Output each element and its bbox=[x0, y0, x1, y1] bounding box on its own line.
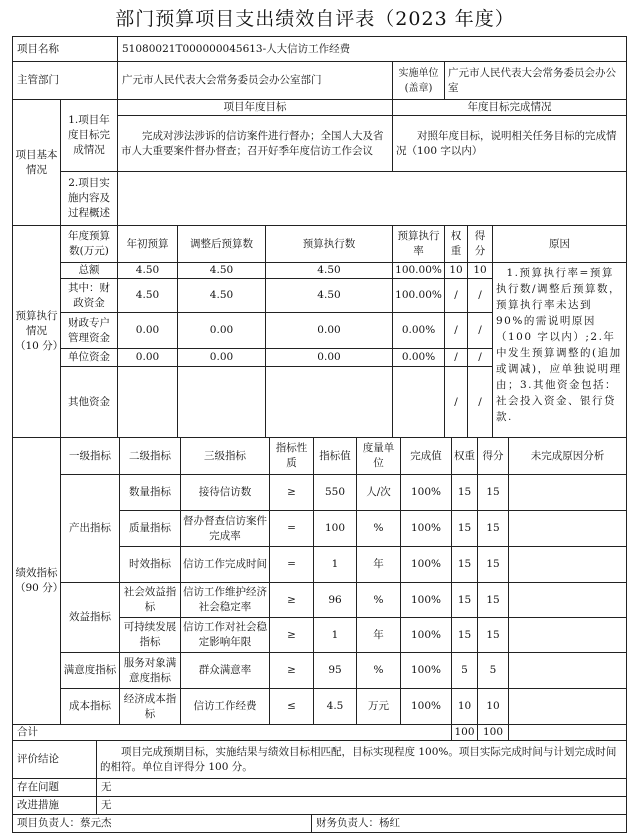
dept-value: 广元市人民代表大会常务委员会办公室部门 bbox=[117, 61, 393, 100]
perf-row-l3: 群众满意率 bbox=[180, 652, 270, 689]
budget-header-rate: 预算执行率 bbox=[392, 225, 445, 263]
perf-row-unit: 年 bbox=[356, 617, 401, 653]
perf-header-nature: 指标性质 bbox=[269, 437, 314, 475]
perf-row-value: 100 bbox=[313, 510, 357, 547]
perf-row-reason bbox=[508, 510, 627, 547]
dept-label: 主管部门 bbox=[12, 61, 118, 100]
perf-header-done: 完成值 bbox=[400, 437, 452, 475]
budget-header-score: 得分 bbox=[467, 225, 493, 263]
budget-row-rate: 100.00% bbox=[392, 262, 445, 279]
budget-row-executed: 0.00 bbox=[265, 312, 393, 349]
perf-row-weight: 15 bbox=[451, 582, 478, 618]
budget-row-weight: 10 bbox=[444, 262, 468, 279]
budget-row-name: 单位资金 bbox=[60, 348, 118, 367]
perf-header-score: 得分 bbox=[477, 437, 509, 475]
impl-unit-label: 实施单位(盖章) bbox=[392, 61, 445, 100]
budget-row-weight: / bbox=[444, 366, 468, 438]
project-lead: 项目负责人：蔡元杰 bbox=[12, 814, 312, 833]
perf-row-score: 10 bbox=[477, 688, 509, 725]
perf-row-unit: 万元 bbox=[356, 688, 401, 725]
perf-row-value: 1 bbox=[313, 617, 357, 653]
perf-row-l2: 经济成本指标 bbox=[119, 688, 181, 725]
budget-row-initial bbox=[117, 366, 178, 438]
perf-row-done: 100% bbox=[400, 617, 452, 653]
budget-row-executed bbox=[265, 366, 393, 438]
perf-l1-satisfaction: 满意度指标 bbox=[60, 652, 120, 689]
perf-row-l2: 质量指标 bbox=[119, 510, 181, 547]
budget-header-weight: 权重 bbox=[444, 225, 468, 263]
perf-row-l2: 时效指标 bbox=[119, 546, 181, 583]
budget-row-adjusted: 4.50 bbox=[177, 262, 266, 279]
issues-text: 无 bbox=[96, 778, 627, 797]
perf-row-weight: 15 bbox=[451, 546, 478, 583]
perf-row-l3: 信访工作经费 bbox=[180, 688, 270, 725]
perf-row-nature: ≥ bbox=[269, 652, 314, 689]
perf-row-l2: 服务对象满意度指标 bbox=[119, 652, 181, 689]
measures-text: 无 bbox=[96, 796, 627, 815]
perf-row-done: 100% bbox=[400, 688, 452, 725]
perf-row-l3: 信访工作对社会稳定影响年限 bbox=[180, 617, 270, 653]
perf-header-value: 指标值 bbox=[313, 437, 357, 475]
perf-row-value: 550 bbox=[313, 474, 357, 511]
perf-row-score: 15 bbox=[477, 617, 509, 653]
perf-l1-cost: 成本指标 bbox=[60, 688, 120, 725]
completion-header: 年度目标完成情况 bbox=[392, 99, 627, 116]
budget-row-adjusted: 0.00 bbox=[177, 312, 266, 349]
budget-header-reason: 原因 bbox=[492, 225, 627, 263]
budget-row-initial: 0.00 bbox=[117, 312, 178, 349]
issues-label: 存在问题 bbox=[12, 778, 97, 797]
budget-row-executed: 0.00 bbox=[265, 348, 393, 367]
budget-row-initial: 0.00 bbox=[117, 348, 178, 367]
perf-row-value: 1 bbox=[313, 546, 357, 583]
budget-row-weight: / bbox=[444, 312, 468, 349]
budget-row-initial: 4.50 bbox=[117, 262, 178, 279]
perf-header-reason: 未完成原因分析 bbox=[508, 437, 627, 475]
project-name-value: 51080021T000000045613-人大信访工作经费 bbox=[117, 36, 627, 62]
perf-row-l2: 社会效益指标 bbox=[119, 582, 181, 618]
perf-row-weight: 10 bbox=[451, 688, 478, 725]
perf-row-weight: 15 bbox=[451, 474, 478, 511]
total-blank bbox=[508, 724, 627, 741]
perf-header-weight: 权重 bbox=[451, 437, 478, 475]
perf-row-unit: 人/次 bbox=[356, 474, 401, 511]
perf-row-score: 15 bbox=[477, 510, 509, 547]
budget-row-initial: 4.50 bbox=[117, 278, 178, 313]
impl-unit-value: 广元市人民代表大会常务委员会办公室 bbox=[444, 61, 627, 100]
content-row-label: 2.项目实施内容及过程概述 bbox=[60, 171, 118, 226]
perf-row-nature: ≥ bbox=[269, 617, 314, 653]
perf-l1-output: 产出指标 bbox=[60, 474, 120, 583]
goal-text: 完成对涉法涉诉的信访案件进行督办；全国人大及省市人大重要案件督办督查；召开好季年… bbox=[117, 115, 393, 172]
budget-row-score: / bbox=[467, 366, 493, 438]
perf-row-l3: 信访工作完成时间 bbox=[180, 546, 270, 583]
budget-header-year: 年度预算数(万元) bbox=[60, 225, 118, 263]
perf-row-score: 15 bbox=[477, 582, 509, 618]
perf-row-value: 4.5 bbox=[313, 688, 357, 725]
perf-row-score: 15 bbox=[477, 474, 509, 511]
perf-row-score: 5 bbox=[477, 652, 509, 689]
conclusion-label: 评价结论 bbox=[12, 740, 97, 779]
perf-row-l3: 督办督查信访案件完成率 bbox=[180, 510, 270, 547]
perf-row-weight: 15 bbox=[451, 510, 478, 547]
budget-row-name: 其中：财政资金 bbox=[60, 278, 118, 313]
budget-row-adjusted: 0.00 bbox=[177, 348, 266, 367]
perf-row-unit: 年 bbox=[356, 546, 401, 583]
perf-row-reason bbox=[508, 652, 627, 689]
perf-row-l3: 信访工作维护经济社会稳定率 bbox=[180, 582, 270, 618]
budget-row-score: 10 bbox=[467, 262, 493, 279]
budget-row-rate: 0.00% bbox=[392, 312, 445, 349]
perf-row-done: 100% bbox=[400, 582, 452, 618]
perf-row-l2: 可持续发展指标 bbox=[119, 617, 181, 653]
budget-section-label: 预算执行情况（10 分） bbox=[12, 225, 61, 438]
perf-row-done: 100% bbox=[400, 510, 452, 547]
perf-section-label: 绩效指标（90 分） bbox=[12, 437, 61, 725]
total-score: 100 bbox=[477, 724, 509, 741]
perf-row-unit: % bbox=[356, 582, 401, 618]
goal-row-label: 1.项目年度目标完成情况 bbox=[60, 99, 118, 172]
budget-header-initial: 年初预算 bbox=[117, 225, 178, 263]
budget-row-name: 财政专户管理资金 bbox=[60, 312, 118, 349]
perf-row-reason bbox=[508, 546, 627, 583]
perf-row-score: 15 bbox=[477, 546, 509, 583]
perf-l1-benefit: 效益指标 bbox=[60, 582, 120, 653]
perf-row-l3: 接待信访数 bbox=[180, 474, 270, 511]
basic-section-label: 项目基本情况 bbox=[12, 99, 61, 226]
project-name-label: 项目名称 bbox=[12, 36, 118, 62]
measures-label: 改进措施 bbox=[12, 796, 97, 815]
perf-row-value: 96 bbox=[313, 582, 357, 618]
perf-row-done: 100% bbox=[400, 474, 452, 511]
budget-row-executed: 4.50 bbox=[265, 278, 393, 313]
budget-row-rate: 100.00% bbox=[392, 278, 445, 313]
conclusion-text: 项目完成预期目标，实施结果与绩效目标相匹配，目标实现程度 100%。项目实际完成… bbox=[96, 740, 627, 779]
budget-row-name: 其他资金 bbox=[60, 366, 118, 438]
finance-lead: 财务负责人：杨红 bbox=[311, 814, 627, 833]
budget-row-adjusted bbox=[177, 366, 266, 438]
perf-row-nature: = bbox=[269, 510, 314, 547]
budget-row-score: / bbox=[467, 278, 493, 313]
completion-text: 对照年度目标，说明相关任务目标的完成情况（100 字以内） bbox=[392, 115, 627, 172]
perf-row-done: 100% bbox=[400, 546, 452, 583]
budget-row-adjusted: 4.50 bbox=[177, 278, 266, 313]
perf-row-reason bbox=[508, 474, 627, 511]
perf-row-nature: ≥ bbox=[269, 474, 314, 511]
perf-row-weight: 15 bbox=[451, 617, 478, 653]
perf-row-done: 100% bbox=[400, 652, 452, 689]
content-text bbox=[117, 171, 627, 226]
perf-header-l3: 三级指标 bbox=[180, 437, 270, 475]
perf-row-l2: 数量指标 bbox=[119, 474, 181, 511]
budget-row-weight: / bbox=[444, 348, 468, 367]
goal-header: 项目年度目标 bbox=[117, 99, 393, 116]
perf-row-weight: 5 bbox=[451, 652, 478, 689]
perf-row-reason bbox=[508, 617, 627, 653]
budget-row-name: 总额 bbox=[60, 262, 118, 279]
perf-row-nature: = bbox=[269, 546, 314, 583]
budget-row-score: / bbox=[467, 348, 493, 367]
perf-header-unit: 度量单位 bbox=[356, 437, 401, 475]
total-label: 合计 bbox=[12, 724, 452, 741]
perf-header-l1: 一级指标 bbox=[60, 437, 120, 475]
total-weight: 100 bbox=[451, 724, 478, 741]
perf-row-value: 95 bbox=[313, 652, 357, 689]
budget-row-rate bbox=[392, 366, 445, 438]
page-title: 部门预算项目支出绩效自评表（2023 年度） bbox=[0, 4, 630, 31]
budget-row-weight: / bbox=[444, 278, 468, 313]
perf-row-reason bbox=[508, 582, 627, 618]
budget-reason-text: 1.预算执行率=预算执行数/调整后预算数，预算执行率未达到 90%的需说明原因（… bbox=[492, 262, 627, 438]
perf-row-unit: % bbox=[356, 510, 401, 547]
perf-row-nature: ≥ bbox=[269, 582, 314, 618]
perf-row-unit: % bbox=[356, 652, 401, 689]
perf-row-nature: ≤ bbox=[269, 688, 314, 725]
budget-header-executed: 预算执行数 bbox=[265, 225, 393, 263]
budget-row-executed: 4.50 bbox=[265, 262, 393, 279]
perf-header-l2: 二级指标 bbox=[119, 437, 181, 475]
perf-row-reason bbox=[508, 688, 627, 725]
budget-header-adjusted: 调整后预算数 bbox=[177, 225, 266, 263]
budget-row-rate: 0.00% bbox=[392, 348, 445, 367]
budget-row-score: / bbox=[467, 312, 493, 349]
